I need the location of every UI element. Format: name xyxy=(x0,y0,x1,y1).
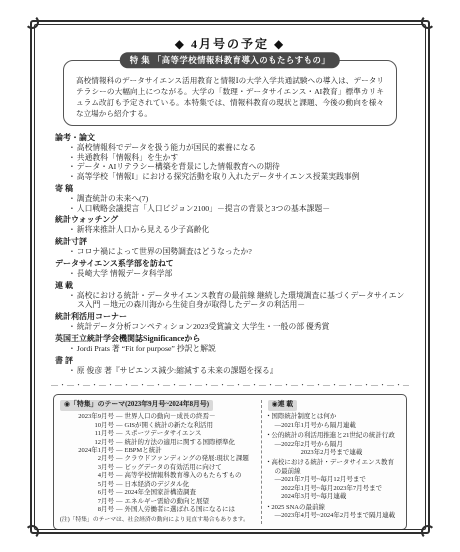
toc: 論考・論文 ・高校情報科でデータを扱う能力が国民的素養になる ・共通教科「情報科… xyxy=(55,133,405,375)
page-title: ◆ 4月号の予定 ◆ xyxy=(51,35,409,52)
toc-section: 書 評 ・原 俊彦 著『サピエンス減少:縮減する未来の課題を探る』 xyxy=(55,356,405,376)
toc-item-text: 長崎大学 情報データ科学部 xyxy=(77,269,173,278)
toc-section: 連 載 ・高校における統計・データサイエンス教育の最前線 継続した環境調査に基づ… xyxy=(55,281,405,310)
theme-row: 4月号 ― 高等学校情報科教育導入のもたらすもの xyxy=(60,472,256,480)
bullet-icon: ・ xyxy=(68,162,77,171)
feature-title: 「高等学校情報科教育導入のもたらすもの」 xyxy=(153,56,331,65)
bullet-icon: ・ xyxy=(68,143,77,152)
issue-label: 11月号 xyxy=(60,430,114,438)
toc-item: ・コロナ禍によって世界の国勢調査はどうなったか? xyxy=(68,247,405,257)
bullet-icon: ・ xyxy=(68,366,77,375)
toc-section: 統計利活用コーナー ・統計データ分析コンペティション2023受賞論文 大学生・一… xyxy=(55,312,405,332)
feature-label: 特 集 xyxy=(130,56,150,65)
dashed-separator: ―・―・―・―・―・―・―・―・―・―・―・―・―・―・―・―・―・―・―・―・… xyxy=(51,380,409,390)
bullet-icon: ・ xyxy=(68,322,77,331)
toc-item: ・データ・AIリテラシー構築を背景にした情報教育への期待 xyxy=(68,162,405,172)
serial-title: ▪2025 SNAの最前線 xyxy=(268,504,400,512)
issue-label: 4月号 xyxy=(60,472,114,480)
toc-section: 寄 稿 ・調査統計の未来へ(7) ・人口戦略会議提言「人口ビジョン2100」－提… xyxy=(55,184,405,213)
issue-label: 6月号 xyxy=(60,489,114,497)
toc-item-text: 共通教科「情報科」を生かす xyxy=(77,153,178,162)
serial-title: ▪高校における統計・データサイエンス教育の最前線 xyxy=(268,459,400,476)
toc-item: ・Jordi Prats 著 “Fit for purpose” 抄訳と解説 xyxy=(68,344,405,354)
serial-item: ▪2025 SNAの最前線 ―2023年4月号~2024年2月号まで隔月連載 xyxy=(268,504,400,521)
dash-separator: ― xyxy=(114,447,125,455)
toc-item: ・共通教科「情報科」を生かす xyxy=(68,153,405,163)
toc-item-text: 統計データ分析コンペティション2023受賞論文 大学生・一般の部 優秀賞 xyxy=(77,322,330,331)
toc-item-text: 新将来推計人口から見える少子高齢化 xyxy=(77,225,210,234)
serial-item: ▪公的統計の利活用推進と21世紀の統計行政 ―2022年2月号から隔月 2023… xyxy=(268,432,400,457)
theme-title: 統計的方法の適用に関する国際標準化 xyxy=(125,439,256,447)
theme-row: 5月号 ― 日本経済のデジタル化 xyxy=(60,481,256,489)
themes-note: (注)「特集」のテーマは、社会経済の動向により見直す場合もあります。 xyxy=(60,517,256,525)
toc-item-text: 高校における統計・データサイエンス教育の最前線 継続した環境調査に基づくデータサ… xyxy=(77,291,404,310)
toc-item-text: Jordi Prats 著 “Fit for purpose” 抄訳と解説 xyxy=(77,344,216,353)
toc-item: ・統計データ分析コンペティション2023受賞論文 大学生・一般の部 優秀賞 xyxy=(68,322,405,332)
serial-schedule-line: ―2023年4月号~2024年2月号まで隔月連載 xyxy=(268,512,400,520)
toc-item-text: 高校情報科でデータを扱う能力が国民的素養になる xyxy=(77,143,256,152)
page-inner-frame: ◆ 4月号の予定 ◆ 特 集 「高等学校情報科教育導入のもたらすもの」 高校情報… xyxy=(34,24,426,530)
serial-title-text: 国際統計制度とは何か xyxy=(271,413,336,420)
theme-title: 世界人口の動向－成長の終焉－ xyxy=(125,413,256,421)
serial-title: ▪公的統計の利活用推進と21世紀の統計行政 xyxy=(268,432,400,440)
toc-item: ・高校情報科でデータを扱う能力が国民的素養になる xyxy=(68,143,405,153)
toc-section: 論考・論文 ・高校情報科でデータを扱う能力が国民的素養になる ・共通教科「情報科… xyxy=(55,133,405,182)
bullet-icon: ・ xyxy=(68,194,77,203)
section-heading: 連 載 xyxy=(55,281,405,291)
toc-item: ・原 俊彦 著『サピエンス減少:縮減する未来の課題を探る』 xyxy=(68,366,405,376)
toc-section: 統計ウォッチング ・新将来推計人口から見える少子高齢化 xyxy=(55,215,405,235)
bullet-icon: ・ xyxy=(68,172,77,181)
issue-label: 2023年9月号 xyxy=(60,413,114,421)
serial-schedule-line: ―2022年2月号から隔月 xyxy=(268,441,400,449)
dash-separator: ― xyxy=(114,439,125,447)
section-heading: 統計ウォッチング xyxy=(55,215,405,225)
section-heading: データサイエンス系学部を訪ねて xyxy=(55,259,405,269)
toc-item-text: 調査統計の未来へ(7) xyxy=(77,194,148,203)
themes-header: ◉「特集」のテーマ(2023年9月号~2024年8月号) xyxy=(60,400,213,411)
theme-row: 2月号 ― クラウドファンディングの発展:現状と課題 xyxy=(60,455,256,463)
dash-separator: ― xyxy=(114,413,125,421)
feature-badge: 特 集 「高等学校情報科教育導入のもたらすもの」 xyxy=(120,52,340,68)
theme-title: 外国人労働者に選ばれる国になるには xyxy=(125,506,256,514)
toc-item-text: データ・AIリテラシー構築を背景にした情報教育への期待 xyxy=(77,162,280,171)
dash-separator: ― xyxy=(114,472,125,480)
serial-title-text: 高校における統計・データサイエンス教育の最前線 xyxy=(271,459,394,474)
toc-section: 統計寸評 ・コロナ禍によって世界の国勢調査はどうなったか? xyxy=(55,237,405,257)
issue-label: 5月号 xyxy=(60,481,114,489)
theme-row: 12月号 ― 統計的方法の適用に関する国際標準化 xyxy=(60,439,256,447)
theme-row: 10月号 ― GISが開く統計の新たな利活用 xyxy=(60,422,256,430)
serial-item: ▪高校における統計・データサイエンス教育の最前線 ―2021年7月号~毎月12月… xyxy=(268,459,400,501)
toc-item: ・長崎大学 情報データ科学部 xyxy=(68,269,405,279)
toc-item-text: 人口戦略会議提言「人口ビジョン2100」－提言の背景と3つの基本課題－ xyxy=(77,204,330,213)
theme-row: 6月号 ― 2024年全国家計構造調査 xyxy=(60,489,256,497)
schedule-box: ◉「特集」のテーマ(2023年9月号~2024年8月号) 2023年9月号 ― … xyxy=(53,394,407,530)
theme-row: 11月号 ― スポーツデータサイエンス xyxy=(60,430,256,438)
theme-title: エネルギー需給の動向と展望 xyxy=(125,498,256,506)
section-heading: 統計寸評 xyxy=(55,237,405,247)
feature-box: 特 集 「高等学校情報科教育導入のもたらすもの」 高校情報科のデータサイエンス活… xyxy=(63,60,397,126)
theme-title: スポーツデータサイエンス xyxy=(125,430,256,438)
toc-item-text: コロナ禍によって世界の国勢調査はどうなったか? xyxy=(77,247,252,256)
issue-label: 7月号 xyxy=(60,498,114,506)
toc-item: ・新将来推計人口から見える少子高齢化 xyxy=(68,225,405,235)
toc-section: 英国王立統計学会機関誌Significanceから ・Jordi Prats 著… xyxy=(55,334,405,354)
serial-title-text: 公的統計の利活用推進と21世紀の統計行政 xyxy=(271,432,395,439)
issue-label: 12月号 xyxy=(60,439,114,447)
section-heading: 書 評 xyxy=(55,356,405,366)
dash-separator: ― xyxy=(114,430,125,438)
dash-separator: ― xyxy=(114,455,125,463)
theme-row: 7月号 ― エネルギー需給の動向と展望 xyxy=(60,498,256,506)
toc-item: ・人口戦略会議提言「人口ビジョン2100」－提言の背景と3つの基本課題－ xyxy=(68,204,405,214)
serial-item: ▪国際統計制度とは何か ―2021年1月号から隔月連載 xyxy=(268,413,400,430)
toc-item-text: 原 俊彦 著『サピエンス減少:縮減する未来の課題を探る』 xyxy=(77,366,278,375)
serials-column: ◉連 載 ▪国際統計制度とは何か ―2021年1月号から隔月連載 ▪公的統計の利… xyxy=(262,400,400,524)
toc-item: ・高等学校「情報Ⅰ」における探究活動を取り入れたデータサイエンス授業実践事例 xyxy=(68,172,405,182)
dash-separator: ― xyxy=(114,489,125,497)
bullet-icon: ・ xyxy=(68,204,77,213)
serials-header: ◉連 載 xyxy=(268,400,298,411)
bullet-icon: ・ xyxy=(68,269,77,278)
theme-row: 8月号 ― 外国人労働者に選ばれる国になるには xyxy=(60,506,256,514)
dash-separator: ― xyxy=(114,498,125,506)
theme-title: 高等学校情報科教育導入のもたらすもの xyxy=(125,472,256,480)
issue-label: 2月号 xyxy=(60,455,114,463)
serial-schedule-line: ―2021年1月号から隔月連載 xyxy=(268,422,400,430)
dash-separator: ― xyxy=(114,422,125,430)
serial-schedule-line: 2022年1月号~毎月2023年7月号まで xyxy=(268,485,400,493)
serial-schedule-line: 2023年2月号まで連載 xyxy=(268,449,400,457)
bullet-icon: ・ xyxy=(68,247,77,256)
serial-title: ▪国際統計制度とは何か xyxy=(268,413,400,421)
bullet-icon: ・ xyxy=(68,344,77,353)
serial-schedule-line: 2024年3月号~毎月連載 xyxy=(268,493,400,501)
bullet-icon: ・ xyxy=(68,291,77,300)
theme-row: 2023年9月号 ― 世界人口の動向－成長の終焉－ xyxy=(60,413,256,421)
dash-separator: ― xyxy=(114,481,125,489)
dash-separator: ― xyxy=(114,506,125,514)
toc-item: ・高校における統計・データサイエンス教育の最前線 継続した環境調査に基づくデータ… xyxy=(68,291,405,310)
toc-item-text: 高等学校「情報Ⅰ」における探究活動を取り入れたデータサイエンス授業実践事例 xyxy=(77,172,360,181)
toc-item: ・調査統計の未来へ(7) xyxy=(68,194,405,204)
theme-title: 日本経済のデジタル化 xyxy=(125,481,256,489)
section-heading: 論考・論文 xyxy=(55,133,405,143)
feature-description: 高校情報科のデータサイエンス活用教育と情報Ⅰの大学入学共通試験への導入は、データ… xyxy=(76,75,384,119)
serial-schedule-line: ―2021年7月号~毎月12月号まで xyxy=(268,476,400,484)
page-frame: ◆ 4月号の予定 ◆ 特 集 「高等学校情報科教育導入のもたらすもの」 高校情報… xyxy=(30,20,430,534)
theme-title: GISが開く統計の新たな利活用 xyxy=(125,422,256,430)
section-heading: 英国王立統計学会機関誌Significanceから xyxy=(55,334,405,344)
toc-section: データサイエンス系学部を訪ねて ・長崎大学 情報データ科学部 xyxy=(55,259,405,279)
issue-label: 10月号 xyxy=(60,422,114,430)
serial-title-text: 2025 SNAの最前線 xyxy=(271,504,325,511)
bullet-icon: ・ xyxy=(68,153,77,162)
section-heading: 寄 稿 xyxy=(55,184,405,194)
dash-separator: ― xyxy=(114,464,125,472)
theme-title: クラウドファンディングの発展:現状と課題 xyxy=(125,455,256,463)
section-heading: 統計利活用コーナー xyxy=(55,312,405,322)
issue-label: 8月号 xyxy=(60,506,114,514)
bullet-icon: ・ xyxy=(68,225,77,234)
themes-column: ◉「特集」のテーマ(2023年9月号~2024年8月号) 2023年9月号 ― … xyxy=(60,400,261,524)
theme-title: 2024年全国家計構造調査 xyxy=(125,489,256,497)
